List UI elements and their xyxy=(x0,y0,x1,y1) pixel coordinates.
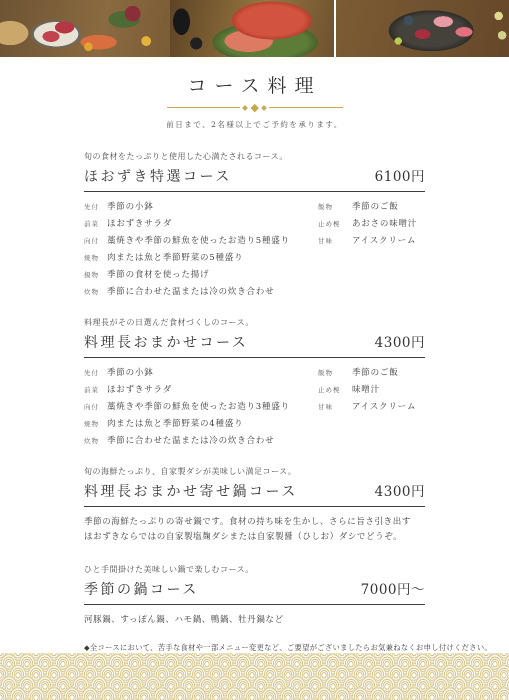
menu-item-label: 焼物 xyxy=(84,253,107,262)
course-title-row: 料理長おまかせ寄せ鍋コース 4300円 xyxy=(84,480,425,507)
menu-item-text: 味噌汁 xyxy=(352,383,380,395)
sashimi-plate-photo xyxy=(336,0,509,57)
diamond-icon xyxy=(261,105,267,111)
items-column-right: 飯物季節のご飯 止め椀あおさの味噌汁 甘味アイスクリーム xyxy=(318,200,425,302)
sashimi-platter-photo xyxy=(0,0,170,57)
divider-line xyxy=(167,107,241,108)
menu-item-label: 甘味 xyxy=(318,236,352,245)
menu-item-label: 向付 xyxy=(84,236,107,245)
menu-item-text: 藁焼きや季節の鮮魚を使ったお造り3種盛り xyxy=(107,400,290,412)
menu-item: 先付季節の小鉢 xyxy=(84,366,318,383)
menu-item-text: アイスクリーム xyxy=(352,234,416,246)
course-items: 先付季節の小鉢 前菜ほおずきサラダ 向付藁焼きや季節の鮮魚を使ったお造り5種盛り… xyxy=(84,192,425,302)
menu-item-text: 季節の小鉢 xyxy=(107,366,154,378)
menu-item: 前菜ほおずきサラダ xyxy=(84,383,318,400)
course-price: 4300円 xyxy=(375,331,425,351)
diamond-icon xyxy=(251,104,259,112)
course-title: ほおずき特選コース xyxy=(84,166,232,186)
menu-item: 向付藁焼きや季節の鮮魚を使ったお造り5種盛り xyxy=(84,234,318,251)
course-title-row: 季節の鍋コース 7000円〜 xyxy=(84,578,425,605)
menu-item-label: 先付 xyxy=(84,368,107,377)
divider-line xyxy=(269,107,343,108)
menu-item-text: あおさの味噌汁 xyxy=(352,217,417,229)
menu-item-text: 藁焼きや季節の鮮魚を使ったお造り5種盛り xyxy=(107,234,290,246)
menu-item-text: 季節のご飯 xyxy=(352,366,399,378)
menu-item-label: 炊物 xyxy=(84,436,107,445)
diamond-icon xyxy=(242,105,248,111)
course-lead: 旬の食材をたっぷりと使用した心満たされるコース。 xyxy=(84,151,425,162)
menu-item: 向付藁焼きや季節の鮮魚を使ったお造り3種盛り xyxy=(84,400,318,417)
items-column-right: 飯物季節のご飯 止め椀味噌汁 甘味アイスクリーム xyxy=(318,366,425,451)
menu-item-text: 季節のご飯 xyxy=(352,200,399,212)
course-description-line: 季節の海鮮たっぷりの寄せ鍋です。食材の持ち味を生かし、さらに旨さ引き出す xyxy=(84,515,425,530)
menu-item-label: 止め椀 xyxy=(318,219,352,228)
course-section-tokusen: 旬の食材をたっぷりと使用した心満たされるコース。 ほおずき特選コース 6100円… xyxy=(84,151,425,302)
menu-item-label: 前菜 xyxy=(84,385,107,394)
course-price: 6100円 xyxy=(375,165,425,185)
menu-item-text: 肉または魚と季節野菜の5種盛り xyxy=(107,251,243,263)
course-title: 料理長おまかせ寄せ鍋コース xyxy=(84,481,298,501)
menu-item: 止め椀味噌汁 xyxy=(318,383,425,400)
menu-item-text: ほおずきサラダ xyxy=(107,383,172,395)
course-description: 季節の海鮮たっぷりの寄せ鍋です。食材の持ち味を生かし、さらに旨さ引き出す ほおず… xyxy=(84,507,425,545)
menu-item: 焼物肉または魚と季節野菜の4種盛り xyxy=(84,417,318,434)
photo-banner xyxy=(0,0,509,57)
course-price: 4300円 xyxy=(375,480,425,500)
course-lead: 料理長がその日選んだ食材づくしのコース。 xyxy=(84,317,425,328)
menu-item-text: 季節の食材を使った揚げ xyxy=(107,268,209,280)
menu-item: 甘味アイスクリーム xyxy=(318,400,425,417)
menu-item-text: 肉または魚と季節野菜の4種盛り xyxy=(107,417,243,429)
course-title: 料理長おまかせコース xyxy=(84,332,248,352)
menu-item: 先付季節の小鉢 xyxy=(84,200,318,217)
menu-content: 旬の食材をたっぷりと使用した心満たされるコース。 ほおずき特選コース 6100円… xyxy=(84,151,425,700)
menu-item-text: 季節の小鉢 xyxy=(107,200,154,212)
course-title-row: ほおずき特選コース 6100円 xyxy=(84,165,425,192)
course-price: 7000円〜 xyxy=(361,578,425,598)
course-items: 先付季節の小鉢 前菜ほおずきサラダ 向付藁焼きや季節の鮮魚を使ったお造り3種盛り… xyxy=(84,358,425,451)
menu-item-text: ほおずきサラダ xyxy=(107,217,172,229)
menu-item-label: 飯物 xyxy=(318,368,352,377)
menu-item: 炊物季節に合わせた温または冷の炊き合わせ xyxy=(84,434,318,451)
menu-item-label: 揚物 xyxy=(84,270,107,279)
course-section-yosenabe: 旬の海鮮たっぷり、自家製ダシが美味しい満足コース。 料理長おまかせ寄せ鍋コース … xyxy=(84,466,425,545)
items-column-left: 先付季節の小鉢 前菜ほおずきサラダ 向付藁焼きや季節の鮮魚を使ったお造り3種盛り… xyxy=(84,366,318,451)
seigaiha-wave-pattern xyxy=(0,653,509,700)
course-description-line: ほおずきならではの自家製塩麹ダシまたは自家製醤（ひしお）ダシでどうぞ。 xyxy=(84,530,425,545)
course-description: 河豚鍋、すっぽん鍋、ハモ鍋、鴨鍋、牡丹鍋など xyxy=(84,605,425,628)
menu-item-label: 甘味 xyxy=(318,402,352,411)
menu-item: 甘味アイスクリーム xyxy=(318,234,425,251)
ornament-divider xyxy=(167,105,343,111)
menu-item: 飯物季節のご飯 xyxy=(318,200,425,217)
course-title-row: 料理長おまかせコース 4300円 xyxy=(84,331,425,358)
menu-item-label: 先付 xyxy=(84,202,107,211)
menu-item-label: 止め椀 xyxy=(318,385,352,394)
red-sea-bream-photo xyxy=(170,0,334,57)
menu-item-label: 焼物 xyxy=(84,419,107,428)
reservation-note: 前日まで、2名様以上でご予約を承ります。 xyxy=(0,119,509,130)
menu-item: 飯物季節のご飯 xyxy=(318,366,425,383)
menu-item-label: 向付 xyxy=(84,402,107,411)
course-description-line: 河豚鍋、すっぽん鍋、ハモ鍋、鴨鍋、牡丹鍋など xyxy=(84,613,425,628)
course-lead: ひと手間掛けた美味しい鍋で楽しむコース。 xyxy=(84,564,425,575)
course-lead: 旬の海鮮たっぷり、自家製ダシが美味しい満足コース。 xyxy=(84,466,425,477)
menu-item: 止め椀あおさの味噌汁 xyxy=(318,217,425,234)
menu-item-label: 飯物 xyxy=(318,202,352,211)
menu-item: 炊物季節に合わせた温または冷の炊き合わせ xyxy=(84,285,318,302)
menu-item-text: 季節に合わせた温または冷の炊き合わせ xyxy=(107,434,274,446)
menu-item: 前菜ほおずきサラダ xyxy=(84,217,318,234)
menu-item-text: アイスクリーム xyxy=(352,400,416,412)
items-column-left: 先付季節の小鉢 前菜ほおずきサラダ 向付藁焼きや季節の鮮魚を使ったお造り5種盛り… xyxy=(84,200,318,302)
course-section-nabe: ひと手間掛けた美味しい鍋で楽しむコース。 季節の鍋コース 7000円〜 河豚鍋、… xyxy=(84,564,425,628)
kitchen-note: ◆全コースにおいて、苦手な食材や一部メニュー変更など、ご要望がございましたらお気… xyxy=(84,643,425,653)
course-section-omakase: 料理長がその日選んだ食材づくしのコース。 料理長おまかせコース 4300円 先付… xyxy=(84,317,425,451)
menu-item: 揚物季節の食材を使った揚げ xyxy=(84,268,318,285)
menu-item-label: 前菜 xyxy=(84,219,107,228)
menu-item: 焼物肉または魚と季節野菜の5種盛り xyxy=(84,251,318,268)
page-title: コース料理 xyxy=(0,71,509,98)
course-title: 季節の鍋コース xyxy=(84,579,199,599)
menu-item-label: 炊物 xyxy=(84,287,107,296)
menu-item-text: 季節に合わせた温または冷の炊き合わせ xyxy=(107,285,274,297)
